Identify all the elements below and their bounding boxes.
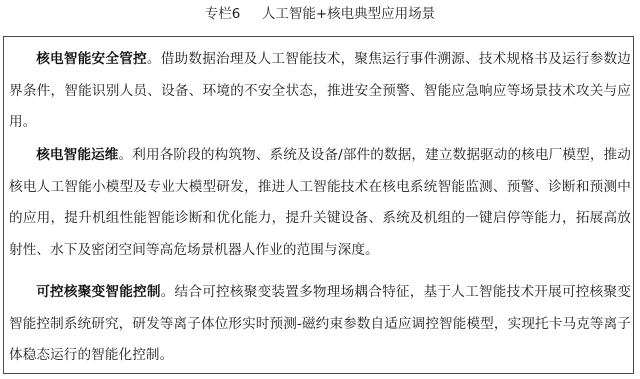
paragraph-heading: 核电智能运维 — [36, 147, 118, 163]
paragraph-fusion-control: 可控核聚变智能控制。结合可控核聚变装置多物理场耦合特征，基于人工智能技术开展可控… — [9, 277, 631, 372]
feature-box: 核电智能安全管控。借助数据治理及人工智能技术，聚焦运行事件溯源、技术规格书及运行… — [3, 36, 634, 374]
paragraph-heading: 可控核聚变智能控制 — [36, 284, 161, 300]
paragraph-operations-maintenance: 核电智能运维。利用各阶段的构筑物、系统及设备/部件的数据，建立数据驱动的核电厂模… — [9, 140, 631, 266]
paragraph-safety-control: 核电智能安全管控。借助数据治理及人工智能技术，聚焦运行事件溯源、技术规格书及运行… — [9, 44, 631, 139]
paragraph-heading: 核电智能安全管控 — [36, 51, 147, 67]
box-caption: 专栏6 人工智能+核电典型应用场景 — [0, 4, 640, 24]
paragraph-body: 。利用各阶段的构筑物、系统及设备/部件的数据，建立数据驱动的核电厂模型，推动核电… — [9, 147, 631, 258]
